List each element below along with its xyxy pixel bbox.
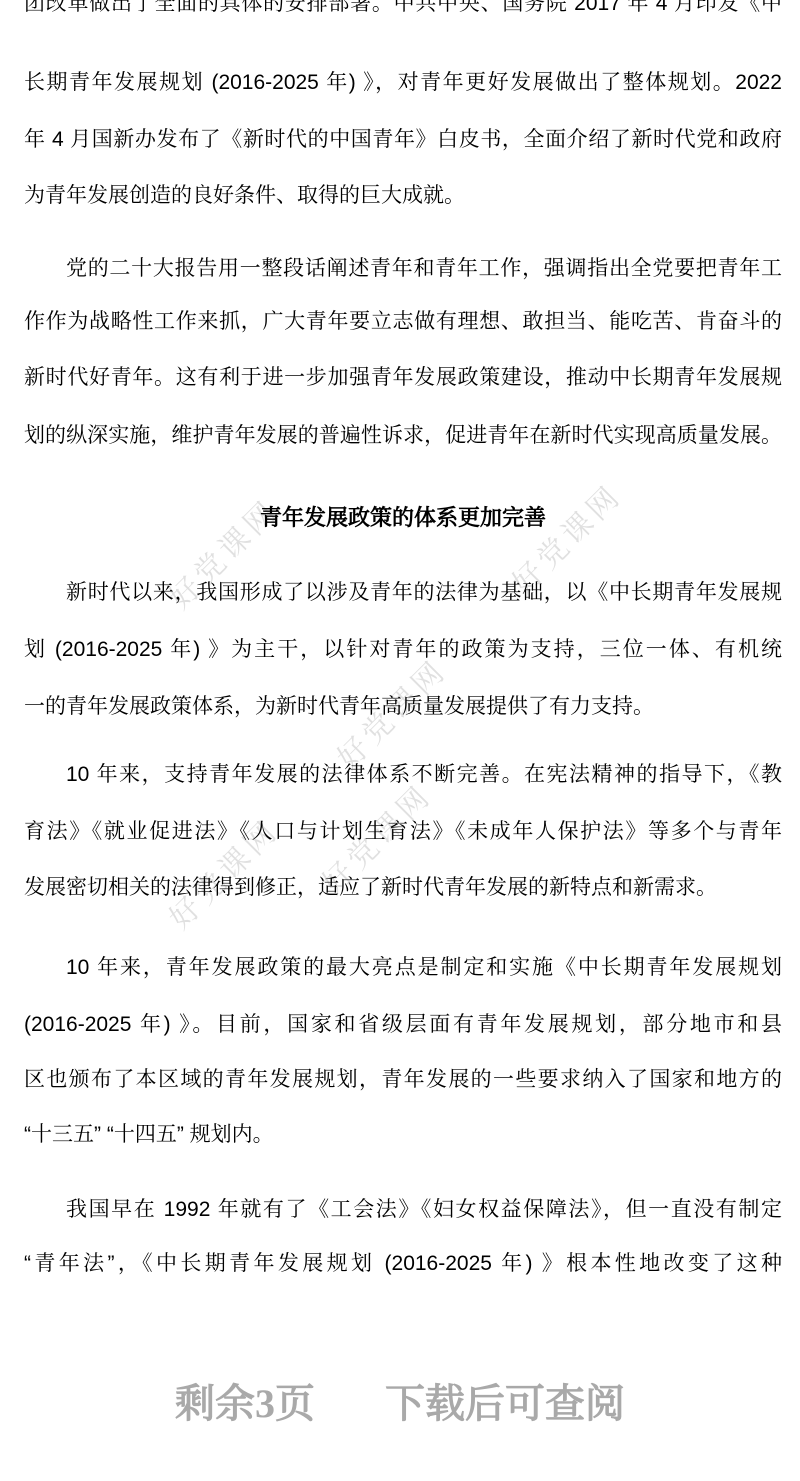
text-line: (2016-2025 年) 》。目前，国家和省级层面有青年发展规划，部分地市和县: [24, 997, 782, 1053]
text-line: 我国早在 1992 年就有了《工会法》《妇女权益保障法》，但一直没有制定: [24, 1182, 782, 1238]
text-line: 新时代以来，我国形成了以涉及青年的法律为基础，以《中长期青年发展规: [24, 565, 782, 621]
text-line: 团改革做出了全面的具体的安排部署。中共中央、国务院 2017 年 4 月印发《中: [24, 0, 782, 32]
text-line: 党的二十大报告用一整段话阐述青年和青年工作，强调指出全党要把青年工: [24, 241, 782, 297]
text-line: “青年法”，《中长期青年发展规划 (2016-2025 年) 》根本性地改变了这…: [24, 1236, 782, 1292]
document-page: 好党课网 好党课网 好党课网 好党课网 好党课网 团改革做出了全面的具体的安排部…: [0, 0, 800, 1481]
remaining-pages-note: 剩余3页 下载后可查阅: [0, 1382, 800, 1426]
text-line: 划的纵深实施，维护青年发展的普遍性诉求，促进青年在新时代实现高质量发展。: [24, 408, 782, 464]
text-line: 发展密切相关的法律得到修正，适应了新时代青年发展的新特点和新需求。: [24, 860, 782, 916]
text-line: 年 4 月国新办发布了《新时代的中国青年》白皮书，全面介绍了新时代党和政府: [24, 112, 782, 168]
text-line: 10 年来，青年发展政策的最大亮点是制定和实施《中长期青年发展规划: [24, 940, 782, 996]
text-line: 新时代好青年。这有利于进一步加强青年发展政策建设，推动中长期青年发展规: [24, 350, 782, 406]
text-line: 长期青年发展规划 (2016-2025 年) 》，对青年更好发展做出了整体规划。…: [24, 55, 782, 111]
section-heading: 青年发展政策的体系更加完善: [24, 490, 782, 546]
document-body: 团改革做出了全面的具体的安排部署。中共中央、国务院 2017 年 4 月印发《中…: [24, 0, 782, 1481]
text-line: “十三五” “十四五” 规划内。: [24, 1107, 782, 1163]
text-line: 作作为战略性工作来抓，广大青年要立志做有理想、敢担当、能吃苦、肯奋斗的: [24, 294, 782, 350]
text-line: 一的青年发展政策体系，为新时代青年高质量发展提供了有力支持。: [24, 679, 782, 735]
text-line: 育法》《就业促进法》《人口与计划生育法》《未成年人保护法》等多个与青年: [24, 804, 782, 860]
text-line: 为青年发展创造的良好条件、取得的巨大成就。: [24, 168, 782, 224]
download-hint-label: 下载后可查阅: [385, 1382, 625, 1426]
text-line: 划 (2016-2025 年) 》为主干，以针对青年的政策为支持，三位一体、有机…: [24, 622, 782, 678]
remaining-pages-label: 剩余3页: [175, 1382, 315, 1426]
text-line: 10 年来，支持青年发展的法律体系不断完善。在宪法精神的指导下，《教: [24, 747, 782, 803]
text-line: 区也颁布了本区域的青年发展规划，青年发展的一些要求纳入了国家和地方的: [24, 1052, 782, 1108]
